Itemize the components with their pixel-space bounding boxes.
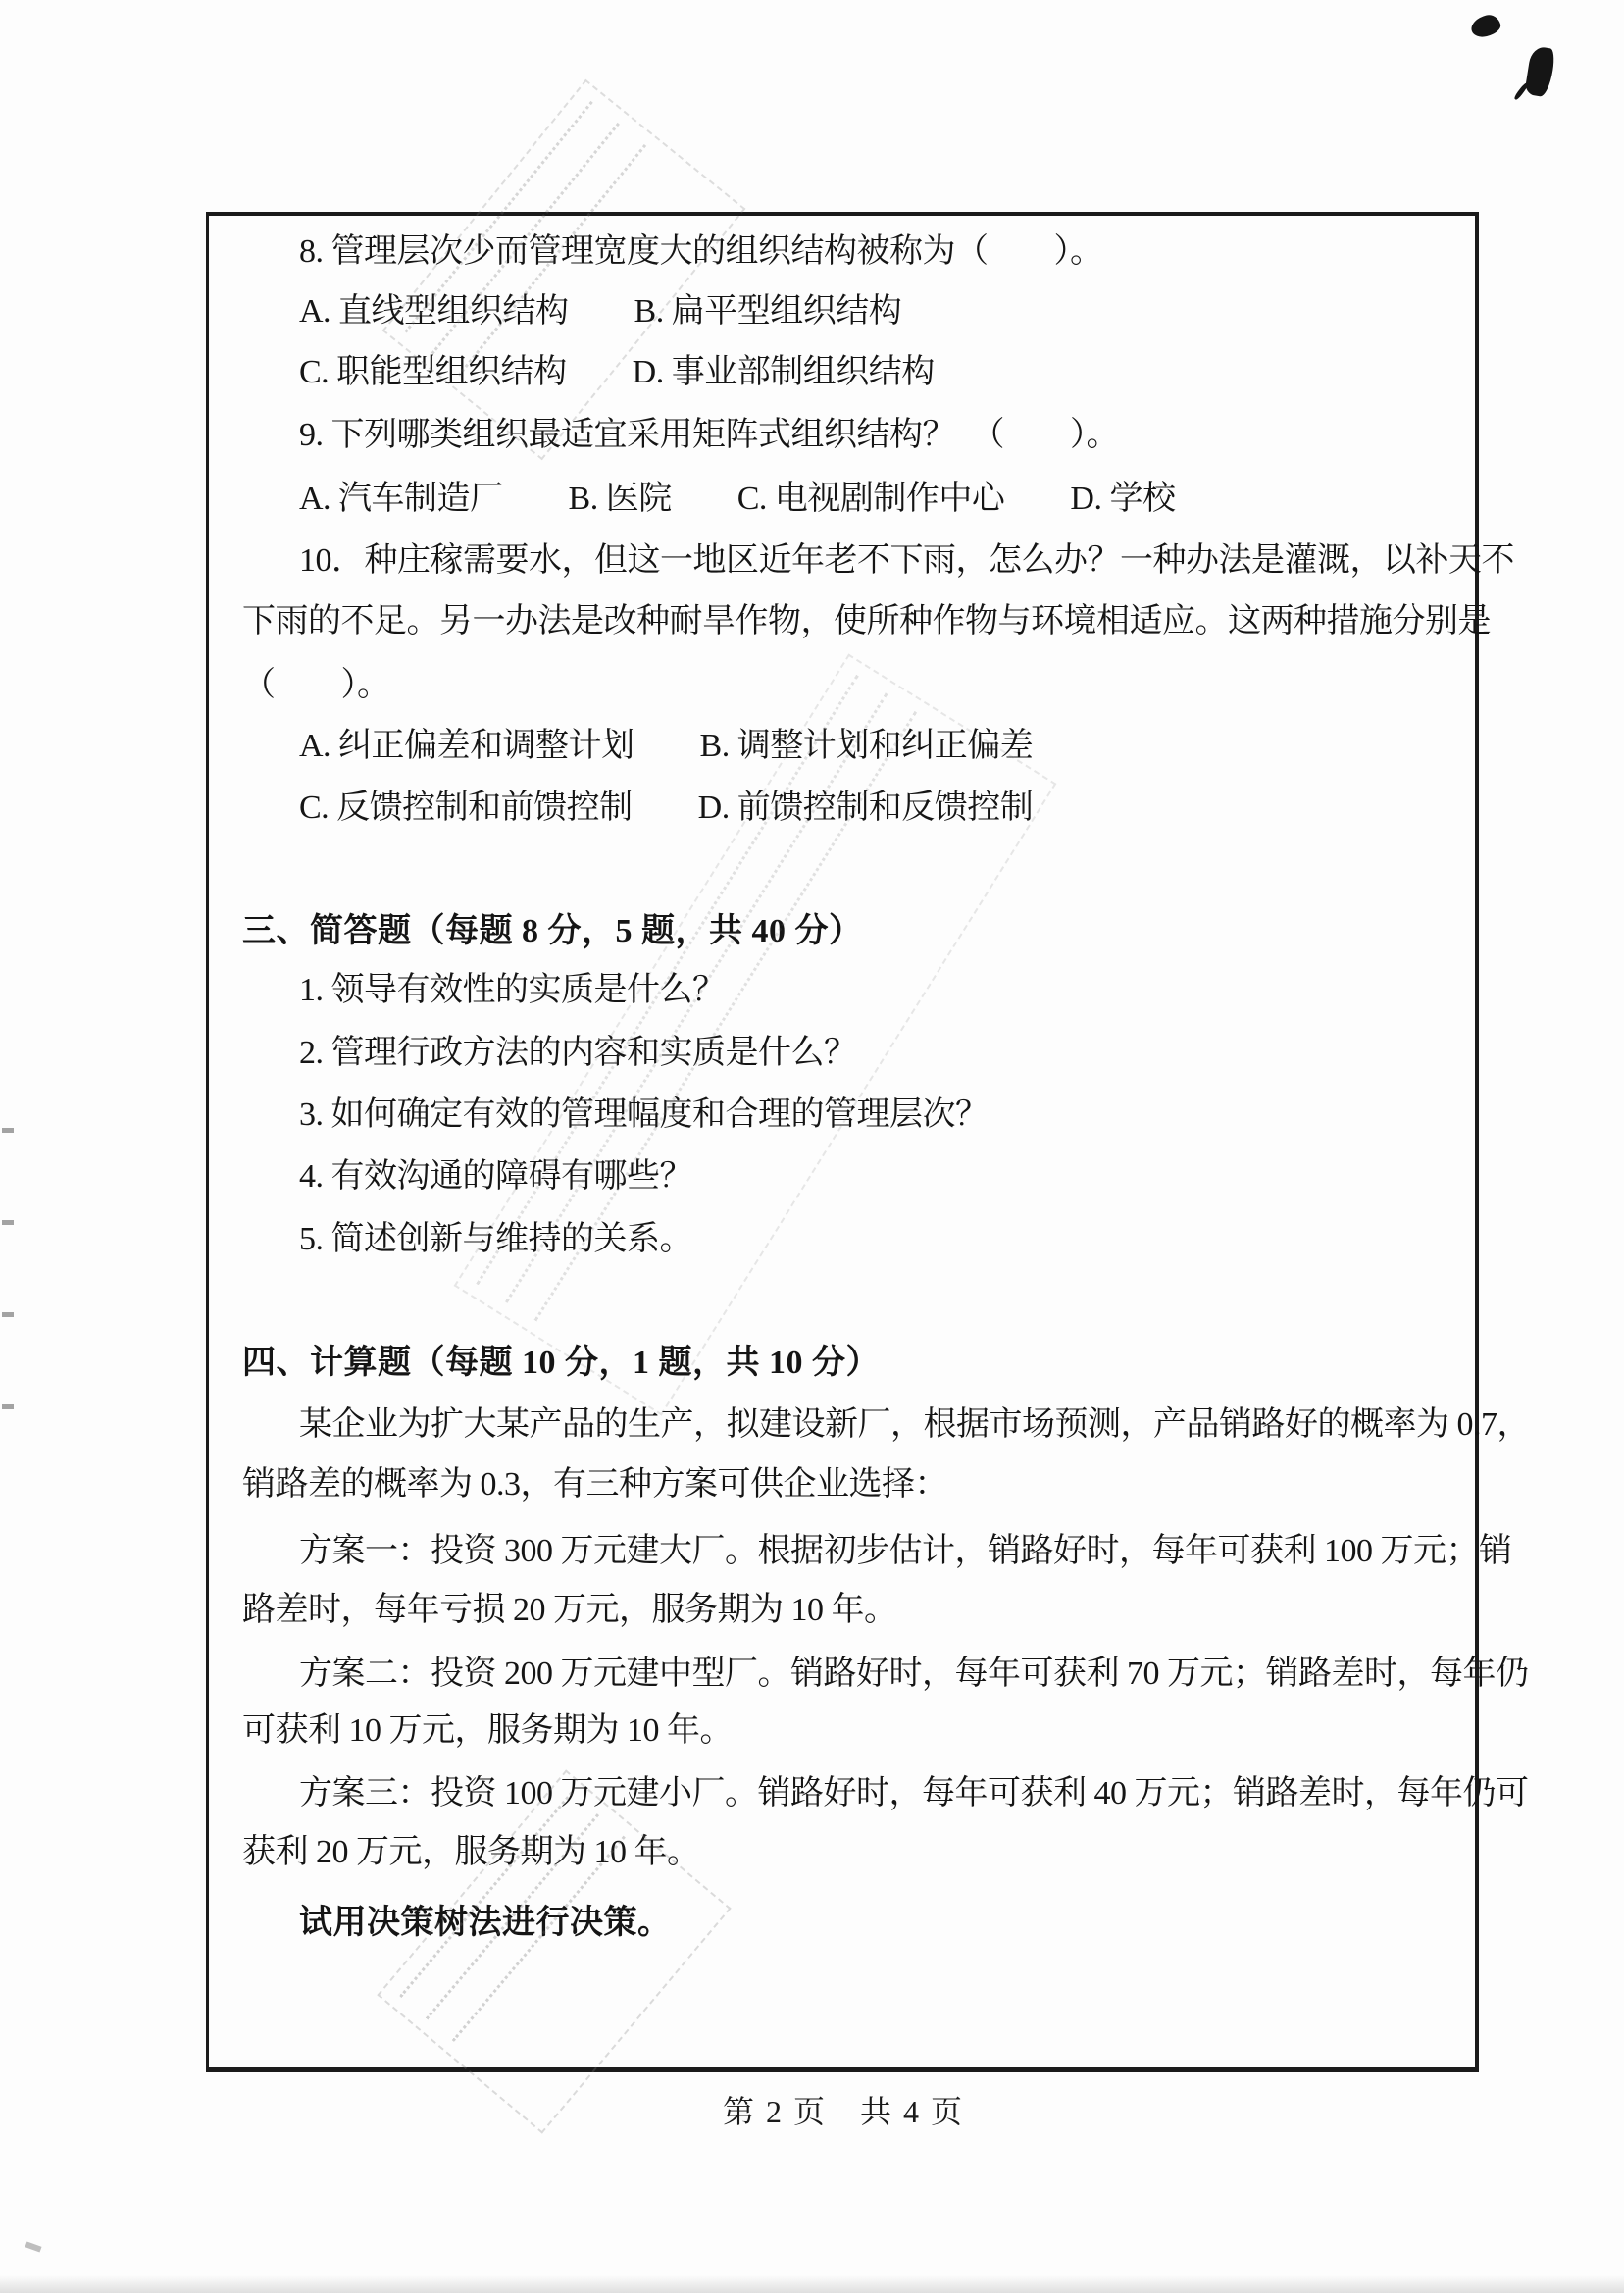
page-number-footer: 第 2 页 共 4 页	[647, 2087, 1040, 2132]
question-10-line3: （ ）。	[242, 656, 390, 715]
ink-blot-comma	[1524, 45, 1556, 97]
calculation-plan2-line2: 可获利 10 万元，服务期为 10 年。	[242, 1702, 733, 1760]
content-frame: 8. 管理层次少而管理宽度大的组织结构被称为（ ）。 A. 直线型组织结构 B.…	[206, 212, 1479, 2072]
calculation-intro-line1: 某企业为扩大某产品的生产，拟建设新厂，根据市场预测，产品销路好的概率为 0.7，	[299, 1396, 1530, 1454]
scan-artifact	[25, 2241, 41, 2252]
scan-artifact	[2, 1312, 14, 1317]
calculation-plan3-line1: 方案三：投资 100 万元建小厂。销路好时，每年可获利 40 万元；销路差时，每…	[299, 1764, 1529, 1823]
scan-bottom-shadow	[0, 2275, 1624, 2293]
calculation-plan1-line1: 方案一：投资 300 万元建大厂。根据初步估计，销路好时，每年可获利 100 万…	[299, 1522, 1512, 1581]
question-10-line1: 10．种庄稼需要水，但这一地区近年老不下雨，怎么办？一种办法是灌溉，以补天不	[299, 532, 1514, 590]
scan-artifact	[2, 1220, 14, 1225]
exam-page-scan: 8. 管理层次少而管理宽度大的组织结构被称为（ ）。 A. 直线型组织结构 B.…	[0, 0, 1624, 2293]
calculation-intro-line2: 销路差的概率为 0.3，有三种方案可供企业选择：	[242, 1455, 947, 1514]
calculation-plan2-line1: 方案二：投资 200 万元建中型厂。销路好时，每年可获利 70 万元；销路差时，…	[299, 1645, 1529, 1704]
stamp-text-row	[431, 123, 633, 365]
question-9-options: A. 汽车制造厂 B. 医院 C. 电视剧制作中心 D. 学校	[299, 470, 1175, 529]
stamp-text-row	[458, 144, 659, 386]
calculation-plan1-line2: 路差时，每年亏损 20 万元，服务期为 10 年。	[242, 1581, 897, 1640]
scan-artifact	[2, 1404, 14, 1409]
question-10-line2: 下雨的不足。另一办法是改种耐旱作物，使所种作物与环境相适应。这两种措施分别是	[242, 592, 1491, 651]
ink-blot-small	[1469, 13, 1502, 40]
scan-artifact	[2, 1128, 14, 1133]
question-9-stem: 9. 下列哪类组织最适宜采用矩阵式组织结构？ （ ）。	[299, 406, 1119, 465]
